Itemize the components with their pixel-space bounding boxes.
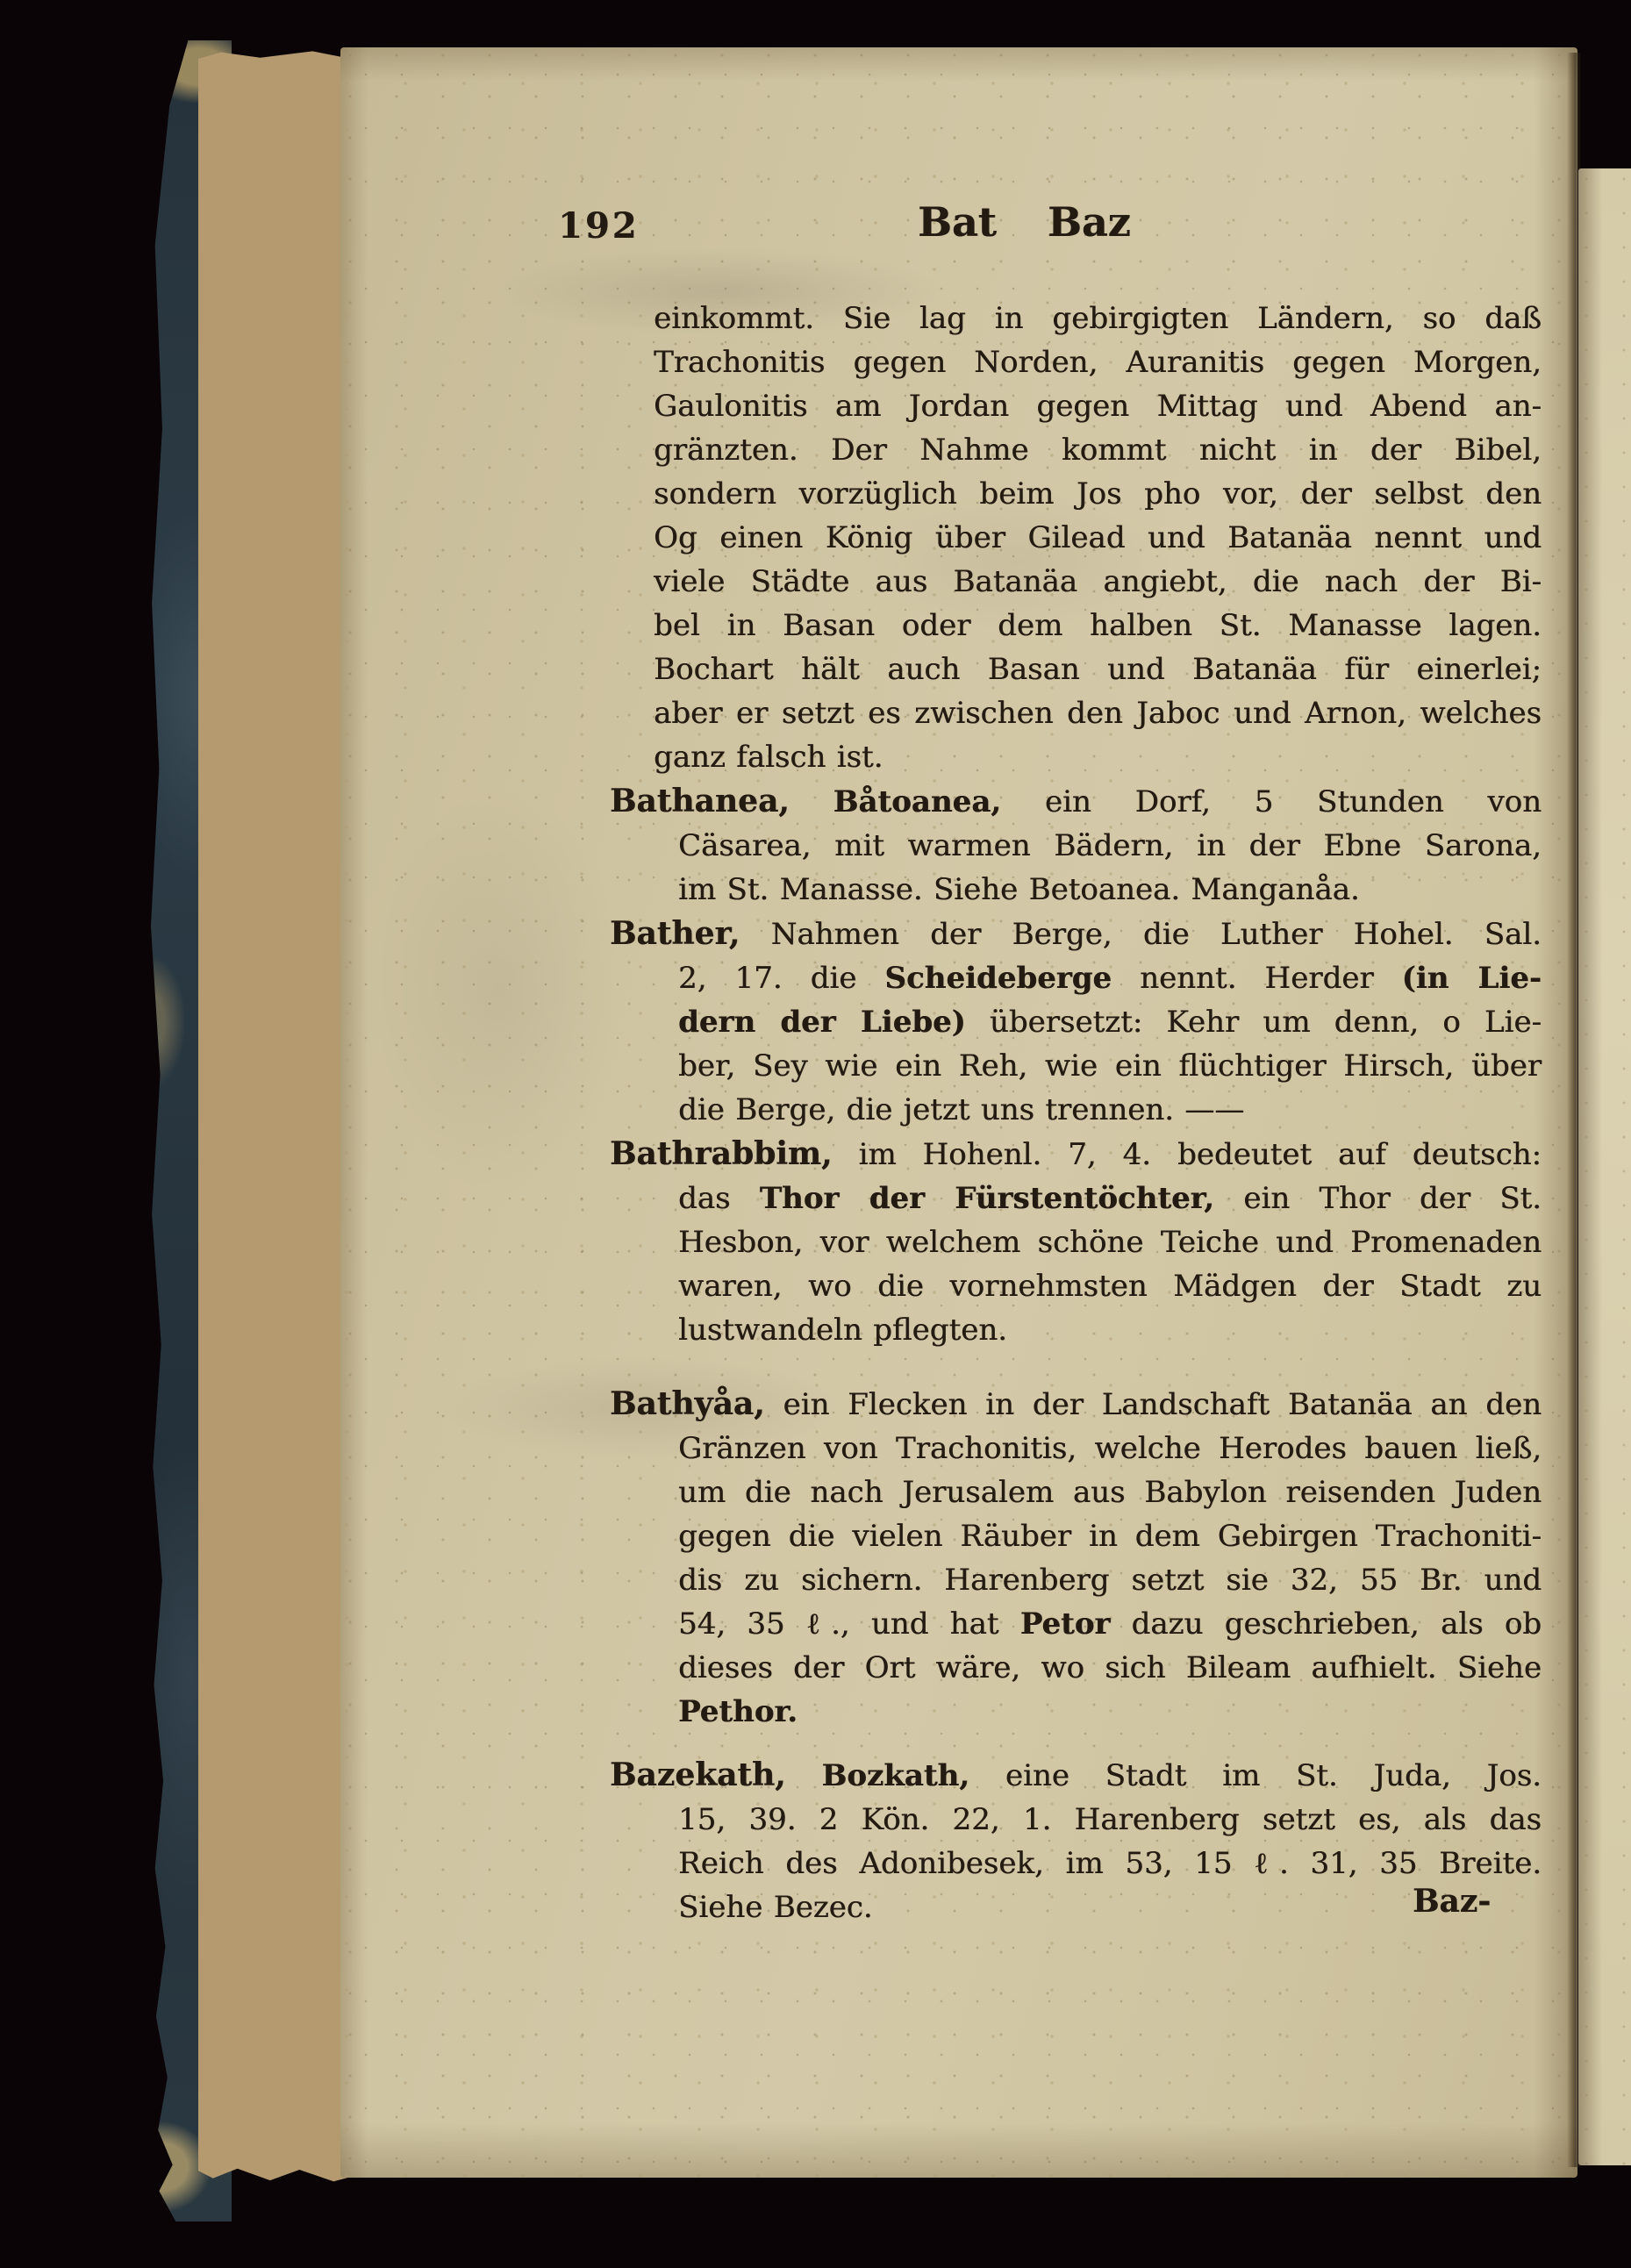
text-line: im St. Manasse. Siehe Betoanea. Manganåa… bbox=[678, 868, 1542, 912]
text-line: Bathyåa, ein Flecken in der Landschaft B… bbox=[610, 1382, 1542, 1427]
emphasis: Bozkath, bbox=[822, 1758, 970, 1793]
emphasis: Bathrabbim, bbox=[610, 1135, 833, 1172]
page-stack-fore-edge bbox=[198, 49, 361, 2185]
emphasis: Bathyåa, bbox=[610, 1385, 765, 1422]
emphasis: Petor bbox=[1020, 1606, 1111, 1642]
emphasis: Bazekath, bbox=[610, 1756, 786, 1793]
text-line: Og einen König über Gilead und Batanäa n… bbox=[654, 516, 1542, 560]
emphasis: Thor der Fürstentöchter, bbox=[760, 1181, 1214, 1216]
text-line: dis zu sichern. Harenberg setzt sie 32, … bbox=[678, 1558, 1542, 1602]
text-line: ber, Sey wie ein Reh, wie ein flüchtiger… bbox=[678, 1044, 1542, 1088]
emphasis: (in Lie- bbox=[1402, 961, 1542, 996]
text-line: einkommt. Sie lag in gebirgigten Ländern… bbox=[654, 297, 1542, 340]
text-line: Gaulonitis am Jordan gegen Mittag und Ab… bbox=[654, 384, 1542, 428]
text-line: das Thor der Fürstentöchter, ein Thor de… bbox=[678, 1177, 1542, 1220]
text-line: Bochart hält auch Basan und Batanäa für … bbox=[654, 647, 1542, 691]
text-line: sondern vorzüglich beim Jos pho vor, der… bbox=[654, 472, 1542, 516]
text-line: Pethor. bbox=[678, 1690, 1542, 1734]
entry-bathyaa: Bathyåa, ein Flecken in der Landschaft B… bbox=[610, 1382, 1542, 1734]
text-line: dieses der Ort wäre, wo sich Bileam aufh… bbox=[678, 1646, 1542, 1690]
emphasis: Bathanea, bbox=[610, 783, 790, 819]
facing-page-sliver bbox=[1578, 168, 1631, 2165]
entry-bathanea: Bathanea, Båtoanea, ein Dorf, 5 Stunden … bbox=[610, 779, 1542, 912]
text-line: Bather, Nahmen der Berge, die Luther Hoh… bbox=[610, 912, 1542, 956]
text-line: Hesbon, vor welchem schöne Teiche und Pr… bbox=[678, 1220, 1542, 1264]
emphasis: dern der Liebe) bbox=[678, 1005, 966, 1040]
catchword: Baz- bbox=[1413, 1883, 1491, 1920]
entry-bather: Bather, Nahmen der Berge, die Luther Hoh… bbox=[610, 912, 1542, 1132]
running-title-left: Bat bbox=[918, 198, 997, 246]
text-line: Trachonitis gegen Norden, Auranitis gege… bbox=[654, 340, 1542, 384]
text-line: ganz falsch ist. bbox=[654, 735, 1542, 779]
text-line: gegen die vielen Räuber in dem Gebirgen … bbox=[678, 1514, 1542, 1558]
entry-bathrabbim: Bathrabbim, im Hohenl. 7, 4. bedeutet au… bbox=[610, 1132, 1542, 1352]
emphasis: Båtoanea, bbox=[833, 784, 1001, 819]
text-line: bel in Basan oder dem halben St. Manasse… bbox=[654, 604, 1542, 647]
text-line: 2, 17. die Scheideberge nennt. Herder (i… bbox=[678, 956, 1542, 1000]
text-line: gränzten. Der Nahme kommt nicht in der B… bbox=[654, 428, 1542, 472]
text-line: lustwandeln pflegten. bbox=[678, 1308, 1542, 1352]
running-title-right: Baz bbox=[1048, 198, 1131, 246]
text-line: Gränzen von Trachonitis, welche Herodes … bbox=[678, 1427, 1542, 1470]
text-line: dern der Liebe) übersetzt: Kehr um denn,… bbox=[678, 1000, 1542, 1044]
entry-bazekath: Bazekath, Bozkath, eine Stadt im St. Jud… bbox=[610, 1753, 1542, 1929]
emphasis: Scheideberge bbox=[884, 961, 1112, 996]
emphasis: Bather, bbox=[610, 915, 740, 952]
text-line: Bathanea, Båtoanea, ein Dorf, 5 Stunden … bbox=[610, 779, 1542, 824]
text-line: viele Städte aus Batanäa angiebt, die na… bbox=[654, 560, 1542, 604]
text-line: Bazekath, Bozkath, eine Stadt im St. Jud… bbox=[610, 1753, 1542, 1798]
text-line: 54, 35 ℓ., und hat Petor dazu geschriebe… bbox=[678, 1602, 1542, 1646]
text-block: einkommt. Sie lag in gebirgigten Ländern… bbox=[610, 297, 1542, 1929]
text-line: Reich des Adonibesek, im 53, 15 ℓ. 31, 3… bbox=[678, 1842, 1542, 1885]
emphasis: Pethor. bbox=[678, 1694, 798, 1729]
book-page-scan: 192 Bat Baz einkommt. Sie lag in gebirgi… bbox=[0, 0, 1631, 2268]
text-line: Cäsarea, mit warmen Bädern, in der Ebne … bbox=[678, 824, 1542, 868]
text-line: die Berge, die jetzt uns trennen. —— bbox=[678, 1088, 1542, 1132]
text-line: um die nach Jerusalem aus Babylon reisen… bbox=[678, 1470, 1542, 1514]
page-number: 192 bbox=[558, 205, 640, 247]
entry-batanaea-continuation: einkommt. Sie lag in gebirgigten Ländern… bbox=[610, 297, 1542, 779]
text-line: Bathrabbim, im Hohenl. 7, 4. bedeutet au… bbox=[610, 1132, 1542, 1177]
text-line: waren, wo die vornehmsten Mädgen der Sta… bbox=[678, 1264, 1542, 1308]
text-line: 15, 39. 2 Kön. 22, 1. Harenberg setzt es… bbox=[678, 1798, 1542, 1842]
text-line: aber er setzt es zwischen den Jaboc und … bbox=[654, 691, 1542, 735]
